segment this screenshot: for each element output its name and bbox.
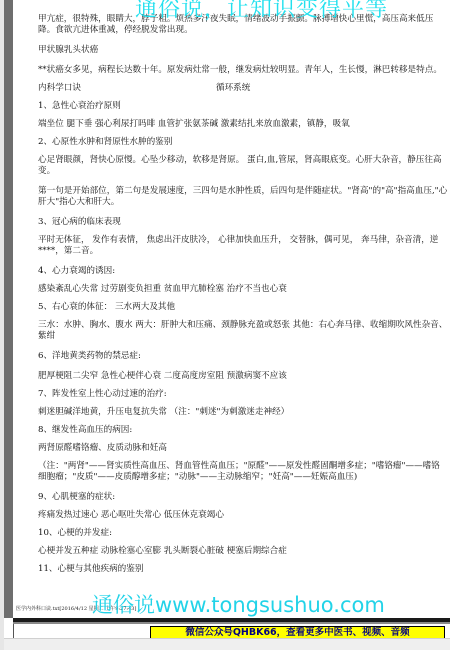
section-body: 刺迷胆碱洋地黄，升压电复抗失常 （注："刺迷"为刺激迷走神经） bbox=[38, 407, 448, 418]
section-title: 9、心肌梗塞的症状: bbox=[38, 492, 448, 503]
section-title: 10、心梗的并发症: bbox=[38, 528, 448, 539]
section-body: （注："两肾"——肾实质性高血压、肾血管性高血压；"原醛"——原发性醛固酮增多症… bbox=[38, 461, 448, 483]
section-body: 肥厚梗阻二尖窄 急性心梗伴心衰 二度高度房室阻 预激病窦不应该 bbox=[38, 371, 448, 382]
section-title: 6、洋地黄类药物的禁忌症: bbox=[38, 351, 448, 362]
paragraph-thyroid-cancer-body: **状癌女多见，病程长达数十年。原发病灶常一般，继发病灶较明显。青年人，生长慢，… bbox=[38, 65, 448, 76]
section-body: 端坐位 腿下垂 强心利尿打吗啡 血管扩张氨茶碱 激素结扎来放血激素，镇静，吸氧 bbox=[38, 119, 448, 130]
section-title: 7、阵发性室上性心动过速的治疗: bbox=[38, 389, 448, 400]
section-body: 心梗并发五种症 动脉栓塞心室膨 乳头断裂心脏破 梗塞后期综合症 bbox=[38, 546, 448, 557]
section-body: 三水：水肿、胸水、腹水 两大：肝肿大和压痛、颈静脉充盈或怒张 其他：右心奔马律、… bbox=[38, 320, 448, 342]
section-title: 8、继发性高血压的病因: bbox=[38, 425, 448, 436]
section-title: 3、冠心病的临床表现 bbox=[38, 217, 448, 228]
section-body: 感染紊乱心失常 过劳剧变负担重 贫血甲亢肺栓塞 治疗不当也心衰 bbox=[38, 284, 448, 295]
section-title: 11、心梗与其他疾病的鉴别 bbox=[38, 564, 448, 575]
viewer-left-border bbox=[4, 0, 13, 618]
heading-circulatory-system: 循环系统 bbox=[216, 83, 250, 94]
section-body: 心足肾眼颜，肾快心原慢。心坠少移动，软移是肾原。 蛋白,血,管尿，肾高眼底变。心… bbox=[38, 155, 448, 177]
section-body: 平时无体征， 发作有表情， 焦虑出汗皮肤冷， 心律加快血压升， 交替脉，偶可见，… bbox=[38, 235, 448, 257]
viewer-bottom-bar bbox=[4, 638, 450, 650]
section-title: 2、心原性水肿和肾原性水肿的鉴别 bbox=[38, 137, 448, 148]
section-body: 第一句是开始部位，第二句是发展速度，三四句是水肿性质，后四句是伴随症状。"肾高"… bbox=[38, 186, 448, 208]
document-content: 甲亢症，很特殊，眼睛大，脖子粗。烦热多汗夜失眠，情绪波动手振颤。脉搏增快心里慌，… bbox=[38, 14, 448, 582]
section-body: 疼痛发热过速心 恶心呕吐失常心 低压休克衰竭心 bbox=[38, 510, 448, 521]
document-page: 甲亢症，很特殊，眼睛大，脖子粗。烦热多汗夜失眠，情绪波动手振颤。脉搏增快心里慌，… bbox=[13, 0, 450, 600]
watermark-bottom: 通俗说www.tongsushuo.com bbox=[92, 589, 385, 619]
section-title: 4、心力衰竭的诱因: bbox=[38, 266, 448, 277]
section-title: 1、急性心衰治疗原则 bbox=[38, 101, 448, 112]
watermark-top: 通俗说，让知识变得平等 bbox=[135, 0, 388, 23]
section-body: 两肾原醛嗜铬瘤、皮质动脉和妊高 bbox=[38, 443, 448, 454]
paragraph-thyroid-cancer-title: 甲状腺乳头状癌 bbox=[38, 45, 448, 56]
section-title: 5、右心衰的体征： 三水两大及其他 bbox=[38, 302, 448, 313]
heading-internal-medicine: 内科学口诀 bbox=[38, 83, 81, 94]
section-heading-row: 内科学口诀 循环系统 bbox=[38, 83, 448, 94]
